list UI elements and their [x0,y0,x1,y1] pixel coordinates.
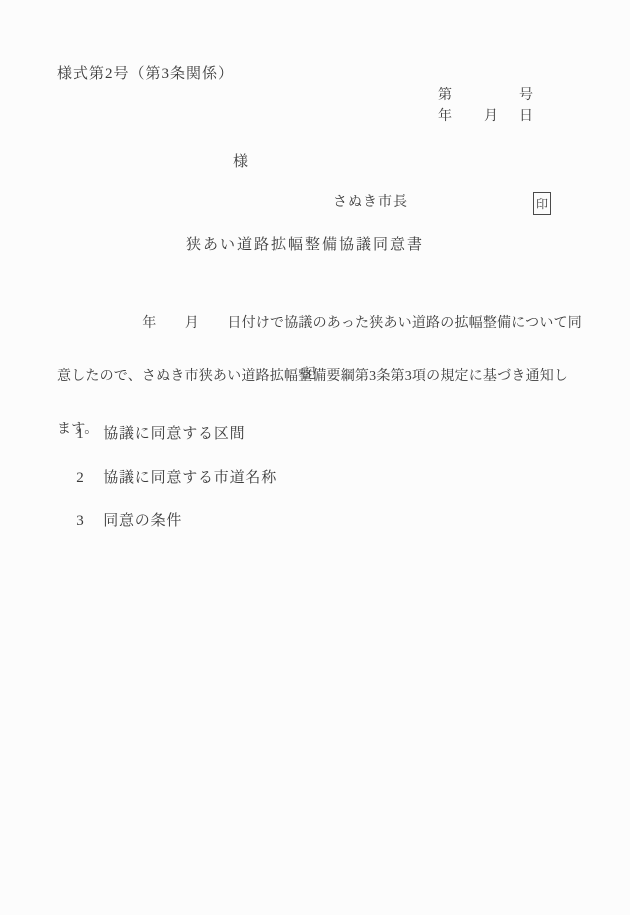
doc-number-prefix: 第 [438,88,452,104]
body-line-2: 意したので、さぬき市狭あい道路拡幅整備要綱第3条第3項の規定に基づき通知し [57,366,582,387]
list-item-number: 3 [76,513,103,529]
doc-number-suffix: 号 [519,88,533,104]
list-item-number: 1 [76,426,103,442]
form-number: 様式第2号（第3条関係） [57,66,234,82]
date-year-label: 年 [438,109,452,125]
document-page: 様式第2号（第3条関係） 第 号 年 月 日 様 さぬき市長 印 狭あい道路拡幅… [0,0,630,915]
seal-box: 印 [533,192,551,215]
date-month-label: 月 [484,109,498,125]
list-item-label: 同意の条件 [103,513,182,529]
list-item-number: 2 [76,470,103,486]
document-title: 狭あい道路拡幅整備協議同意書 [186,237,424,253]
sender-name: さぬき市長 [333,195,408,211]
body-line-1: 年 月 日付けで協議のあった狭あい道路の拡幅整備について同 [57,313,582,334]
list-item: 1協議に同意する区間 [58,410,245,458]
list-item: 3同意の条件 [58,497,182,545]
date-day-label: 日 [519,109,533,125]
addressee-honorific: 様 [233,154,248,170]
list-item-label: 協議に同意する市道名称 [103,470,277,486]
record-marker: 記 [302,367,316,383]
list-item: 2協議に同意する市道名称 [58,454,277,502]
list-item-label: 協議に同意する区間 [103,426,245,442]
